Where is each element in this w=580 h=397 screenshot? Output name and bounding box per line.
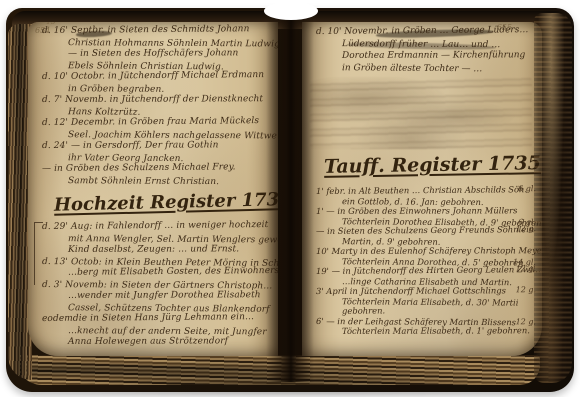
fee-note: 12 g. (516, 264, 536, 274)
register-entry-line: 19' — in Jütchendorff des Hirten Georg L… (316, 264, 524, 276)
right-baptism-entries: 1' febr. in Alt Beuthen … Christian Absc… (302, 182, 542, 336)
manuscript-photo: 15 654 d. 16' Septbr. in Sieten des Schm… (0, 0, 580, 397)
entry-text: Seel. Joachim Köhlers nachgelassene Witt… (68, 130, 277, 141)
register-entry-line: in Gröben älteste Tochter — … (316, 62, 524, 76)
register-entry-line: d. 12' Decembr. in Gröben frau Maria Müc… (42, 116, 260, 129)
register-entry-line: gebohren. (316, 304, 524, 316)
fee-note: 12 g. (516, 285, 536, 295)
entry-text: d. 7' Novemb. in Jütchendorff der Dienst… (42, 94, 263, 105)
register-entry-line: d. 29' Aug: in Fahlendorff … in weniger … (42, 220, 260, 233)
entry-text: d. 16' Septbr. in Sieten des Schmidts Jo… (42, 24, 250, 36)
entry-text: 19' — in Jütchendorff des Hirten Georg L… (316, 264, 542, 276)
right-top-entries: d. 10' Novembr. in Gröben … George Lüder… (302, 22, 542, 74)
left-wedding-entries: d. 29' Aug: in Fahlendorff … in weniger … (28, 218, 278, 349)
register-entry-line: d. 16' Septbr. in Sieten des Schmidts Jo… (42, 24, 260, 37)
register-entry-line: d. 10' Octobr. in Jütchendorff Michael E… (42, 70, 260, 83)
register-entry-line: 10' Marty in des Eulenhof Schäferey Chri… (316, 245, 524, 256)
left-page: 15 654 d. 16' Septbr. in Sieten des Schm… (28, 22, 278, 356)
entry-text: Hans Koltzrütz. (68, 107, 141, 118)
left-burial-entries: d. 16' Septbr. in Sieten des Schmidts Jo… (28, 22, 278, 187)
entry-text: Dorothea Erdmannin — Kirchenführung (342, 50, 525, 61)
right-page: 655 d. 10' Novembr. in Gröben … George L… (302, 22, 542, 356)
entry-text: …knecht auf der andern Seite, mit Jungfe… (68, 326, 267, 337)
entry-text: Sambt Söhnlein Ernst Christian. (68, 176, 219, 187)
entry-text: d. 3' Novemb: in Sieten der Gärtners Chr… (42, 280, 272, 291)
entry-text: — in Sieten des Hoffschäfers Johann (68, 48, 238, 59)
entry-text: …wender mit Jungfer Dorothea Elisabeth (68, 290, 261, 301)
entry-text: d. 29' Aug: in Fahlendorff … in weniger … (42, 220, 268, 232)
register-entry-line: 1' — in Gröben des Einwohners Johann Mül… (316, 205, 524, 216)
open-register-book: 15 654 d. 16' Septbr. in Sieten des Schm… (6, 8, 574, 392)
entry-text: gebohren. (342, 305, 385, 315)
entry-text: 1' — in Gröben des Einwohners Johann Mül… (316, 205, 517, 216)
register-entry-line: Kind daselbst, Zeugen: … und Ernst. (42, 244, 260, 256)
entry-text: d. 12' Decembr. in Gröben frau Maria Müc… (42, 116, 259, 128)
book-right-edge (534, 13, 572, 383)
entry-text: eodemdie in Sieten Hans Jürg Lehmann ein… (42, 312, 254, 324)
register-entry-line: — in Gröben des Schulzens Michael Frey. (42, 162, 260, 175)
register-entry-line: Dorothea Erdmannin — Kirchenführung (316, 49, 524, 62)
register-entry-line: 3' April in Jütchendorff Michael Gottsch… (316, 285, 524, 296)
entry-text: 1' febr. in Alt Beuthen … Christian Absc… (316, 184, 527, 196)
register-entry-line: — in Sieten des Hoffschäfers Johann (42, 48, 260, 60)
entry-text: d. 10' Octobr. in Jütchendorff Michael E… (42, 70, 264, 82)
register-entry-line: eodemdie in Sieten Hans Jürg Lehmann ein… (42, 312, 260, 325)
fee-note: 12 g. (516, 224, 536, 234)
register-entry-line: d. 10' Novembr. in Gröben … George Lüder… (316, 24, 524, 38)
entry-text: Kind daselbst, Zeugen: … und Ernst. (68, 244, 239, 255)
register-entry-line: d. 24' — in Gersdorff, Der frau Gothin (42, 140, 260, 152)
right-register-header: Tauff. Register 1735 (324, 150, 542, 180)
register-entry-line: — in Sieten des Schulzens Georg Freunds … (316, 224, 524, 236)
entry-text: 10' Marty in des Eulenhof Schäferey Chri… (316, 245, 542, 256)
faded-bleed-through-text (310, 77, 532, 149)
register-entry-line: d. 7' Novemb. in Jütchendorff der Dienst… (42, 94, 260, 106)
entry-text: in Gröben älteste Tochter — … (342, 63, 482, 74)
entry-text: d. 10' Novembr. in Gröben … George Lüder… (316, 25, 528, 37)
entry-text: in Gröben begraben. (68, 84, 164, 95)
left-register-header: Hochzeit Register 1735. (54, 187, 278, 218)
entry-text: — in Sieten des Schulzens Georg Freunds … (316, 224, 534, 236)
register-entry-line: Anna Holewegen aus Strötzendorf (42, 336, 260, 348)
entry-text: 3' April in Jütchendorff Michael Gottsch… (316, 285, 506, 296)
margin-bracket (34, 222, 43, 285)
register-entry-line: …berg mit Elisabeth Gosten, des Einwohne… (42, 266, 260, 279)
entry-text: Christian Hohmanns Söhnlein Martin Ludwi… (68, 38, 278, 49)
entry-text: — in Gröben des Schulzens Michael Frey. (42, 162, 236, 174)
book-gutter (266, 16, 314, 382)
register-entry-line: …wender mit Jungfer Dorothea Elisabeth (42, 290, 260, 302)
register-entry-line: Töchterlein Maria Elisabeth, d. 1' geboh… (316, 325, 524, 336)
entry-text: d. 24' — in Gersdorff, Der frau Gothin (42, 140, 219, 151)
gutter-top-notch (264, 2, 318, 20)
register-entry-line: Sambt Söhnlein Ernst Christian. (42, 176, 260, 189)
entry-text: Anna Holewegen aus Strötzendorf (68, 336, 228, 347)
register-entry-line: 1' febr. in Alt Beuthen … Christian Absc… (316, 184, 524, 196)
entry-text: …berg mit Elisabeth Gosten, des Einwohne… (68, 266, 278, 278)
entry-text: Töchterlein Maria Elisabeth, d. 1' geboh… (342, 325, 530, 336)
